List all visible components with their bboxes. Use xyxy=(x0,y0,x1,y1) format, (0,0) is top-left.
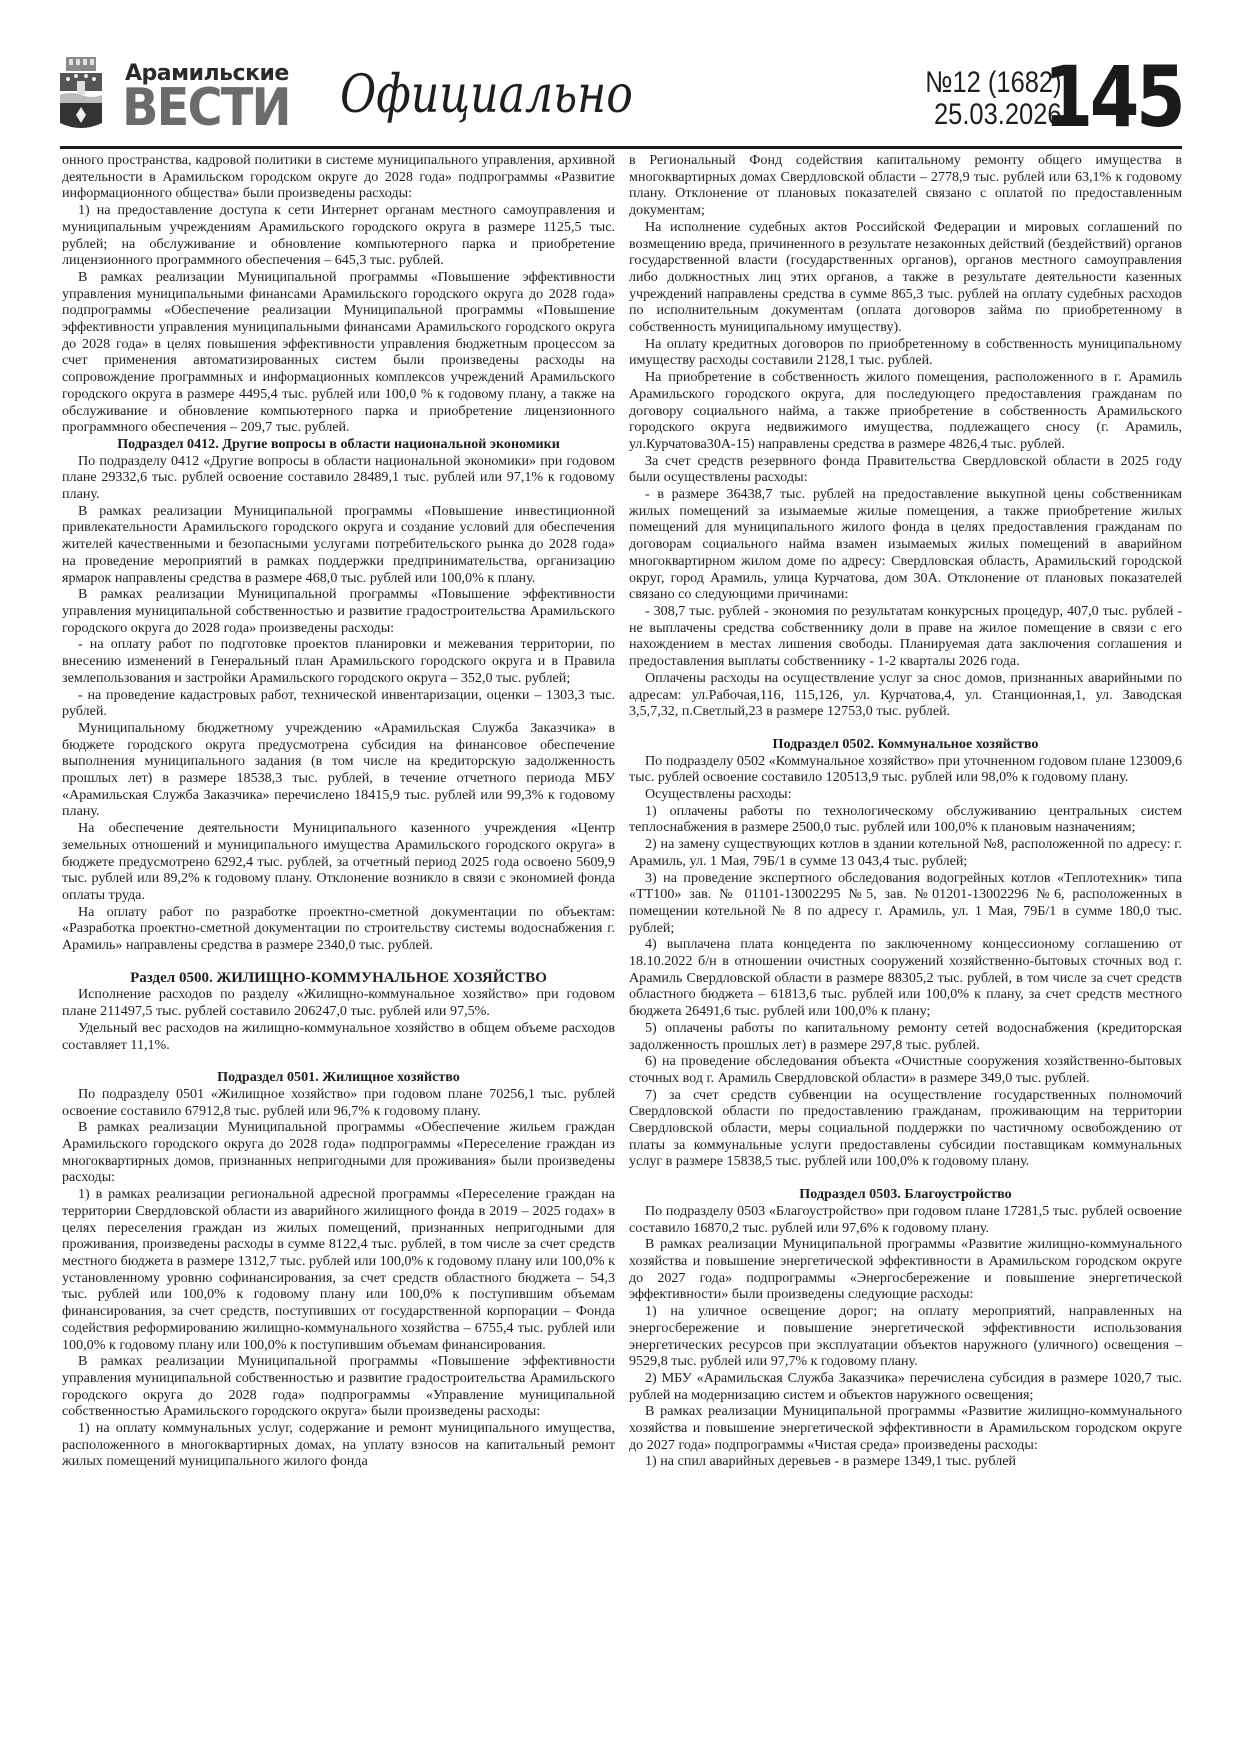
paragraph: - 308,7 тыс. рублей - экономия по резуль… xyxy=(629,603,1182,670)
paragraph: В рамках реализации Муниципальной програ… xyxy=(62,1119,615,1186)
issue-number: №12 (1682) xyxy=(925,67,1062,99)
paragraph: 6) на проведение обследования объекта «О… xyxy=(629,1053,1182,1086)
paragraph: Оплачены расходы на осуществление услуг … xyxy=(629,670,1182,720)
paragraph: На приобретение в собственность жилого п… xyxy=(629,369,1182,453)
left-column: онного пространства, кадровой политики в… xyxy=(62,152,615,1470)
paragraph: - в размере 36438,7 тыс. рублей на предо… xyxy=(629,486,1182,603)
paragraph: В рамках реализации Муниципальной програ… xyxy=(62,1353,615,1420)
paragraph: За счет средств резервного фонда Правите… xyxy=(629,453,1182,486)
paragraph: 7) за счет средств субвенции на осуществ… xyxy=(629,1087,1182,1171)
masthead: Арамильские ВЕСТИ Официально №12 (1682) … xyxy=(60,55,1182,145)
paragraph: 1) на спил аварийных деревьев - в размер… xyxy=(629,1453,1182,1470)
section-heading: Подраздел 0502. Коммунальное хозяйство xyxy=(629,736,1182,753)
paragraph: 4) выплачена плата концедента по заключе… xyxy=(629,936,1182,1020)
coat-of-arms-icon xyxy=(60,57,102,133)
paragraph: В рамках реализации Муниципальной програ… xyxy=(62,503,615,587)
paragraph: 1) на оплату коммунальных услуг, содержа… xyxy=(62,1420,615,1470)
paragraph: в Региональный Фонд содействия капитальн… xyxy=(629,152,1182,219)
paragraph: На обеспечение деятельности Муниципально… xyxy=(62,820,615,904)
paragraph: В рамках реализации Муниципальной програ… xyxy=(62,269,615,436)
paragraph: 1) в рамках реализации региональной адре… xyxy=(62,1186,615,1353)
paragraph: На оплату кредитных договоров по приобре… xyxy=(629,336,1182,369)
paragraph: онного пространства, кадровой политики в… xyxy=(62,152,615,202)
issue-info: №12 (1682) 25.03.2026 xyxy=(925,67,1062,131)
section-title: Официально xyxy=(340,65,633,125)
paragraph: В рамках реализации Муниципальной програ… xyxy=(62,586,615,636)
paragraph: 2) на замену существующих котлов в здани… xyxy=(629,836,1182,869)
paragraph: 2) МБУ «Арамильская Служба Заказчика» пе… xyxy=(629,1370,1182,1403)
paragraph: По подразделу 0501 «Жилищное хозяйство» … xyxy=(62,1086,615,1119)
paragraph: По подразделу 0412 «Другие вопросы в обл… xyxy=(62,453,615,503)
section-heading: Подраздел 0501. Жилищное хозяйство xyxy=(62,1069,615,1086)
paragraph: Муниципальному бюджетному учреждению «Ар… xyxy=(62,720,615,820)
paragraph: На исполнение судебных актов Российской … xyxy=(629,219,1182,336)
section-heading: Раздел 0500. ЖИЛИЩНО-КОММУНАЛЬНОЕ ХОЗЯЙС… xyxy=(62,970,615,987)
paragraph: Удельный вес расходов на жилищно-коммуна… xyxy=(62,1020,615,1053)
issue-date: 25.03.2026 xyxy=(925,99,1062,131)
section-heading: Подраздел 0503. Благоустройство xyxy=(629,1186,1182,1203)
paragraph: В рамках реализации Муниципальной програ… xyxy=(629,1403,1182,1453)
paragraph: 5) оплачены работы по капитальному ремон… xyxy=(629,1020,1182,1053)
page-number: 145 xyxy=(1043,49,1182,145)
paragraph: 3) на проведение экспертного обследовани… xyxy=(629,870,1182,937)
paragraph: 1) оплачены работы по технологическому о… xyxy=(629,803,1182,836)
paragraph: По подразделу 0502 «Коммунальное хозяйст… xyxy=(629,753,1182,786)
paragraph: - на оплату работ по подготовке проектов… xyxy=(62,636,615,686)
paragraph: 1) на предоставление доступа к сети Инте… xyxy=(62,202,615,269)
newspaper-name-main: ВЕСТИ xyxy=(122,81,290,135)
header-rule xyxy=(60,146,1182,149)
paragraph: 1) на уличное освещение дорог; на оплату… xyxy=(629,1303,1182,1370)
right-column: в Региональный Фонд содействия капитальн… xyxy=(629,152,1182,1470)
paragraph: - на проведение кадастровых работ, техни… xyxy=(62,687,615,720)
paragraph: Осуществлены расходы: xyxy=(629,786,1182,803)
paragraph: По подразделу 0503 «Благоустройство» при… xyxy=(629,1203,1182,1236)
section-heading: Подраздел 0412. Другие вопросы в области… xyxy=(62,436,615,453)
paragraph: Исполнение расходов по разделу «Жилищно-… xyxy=(62,986,615,1019)
paragraph: На оплату работ по разработке проектно-с… xyxy=(62,904,615,954)
paragraph: В рамках реализации Муниципальной програ… xyxy=(629,1236,1182,1303)
